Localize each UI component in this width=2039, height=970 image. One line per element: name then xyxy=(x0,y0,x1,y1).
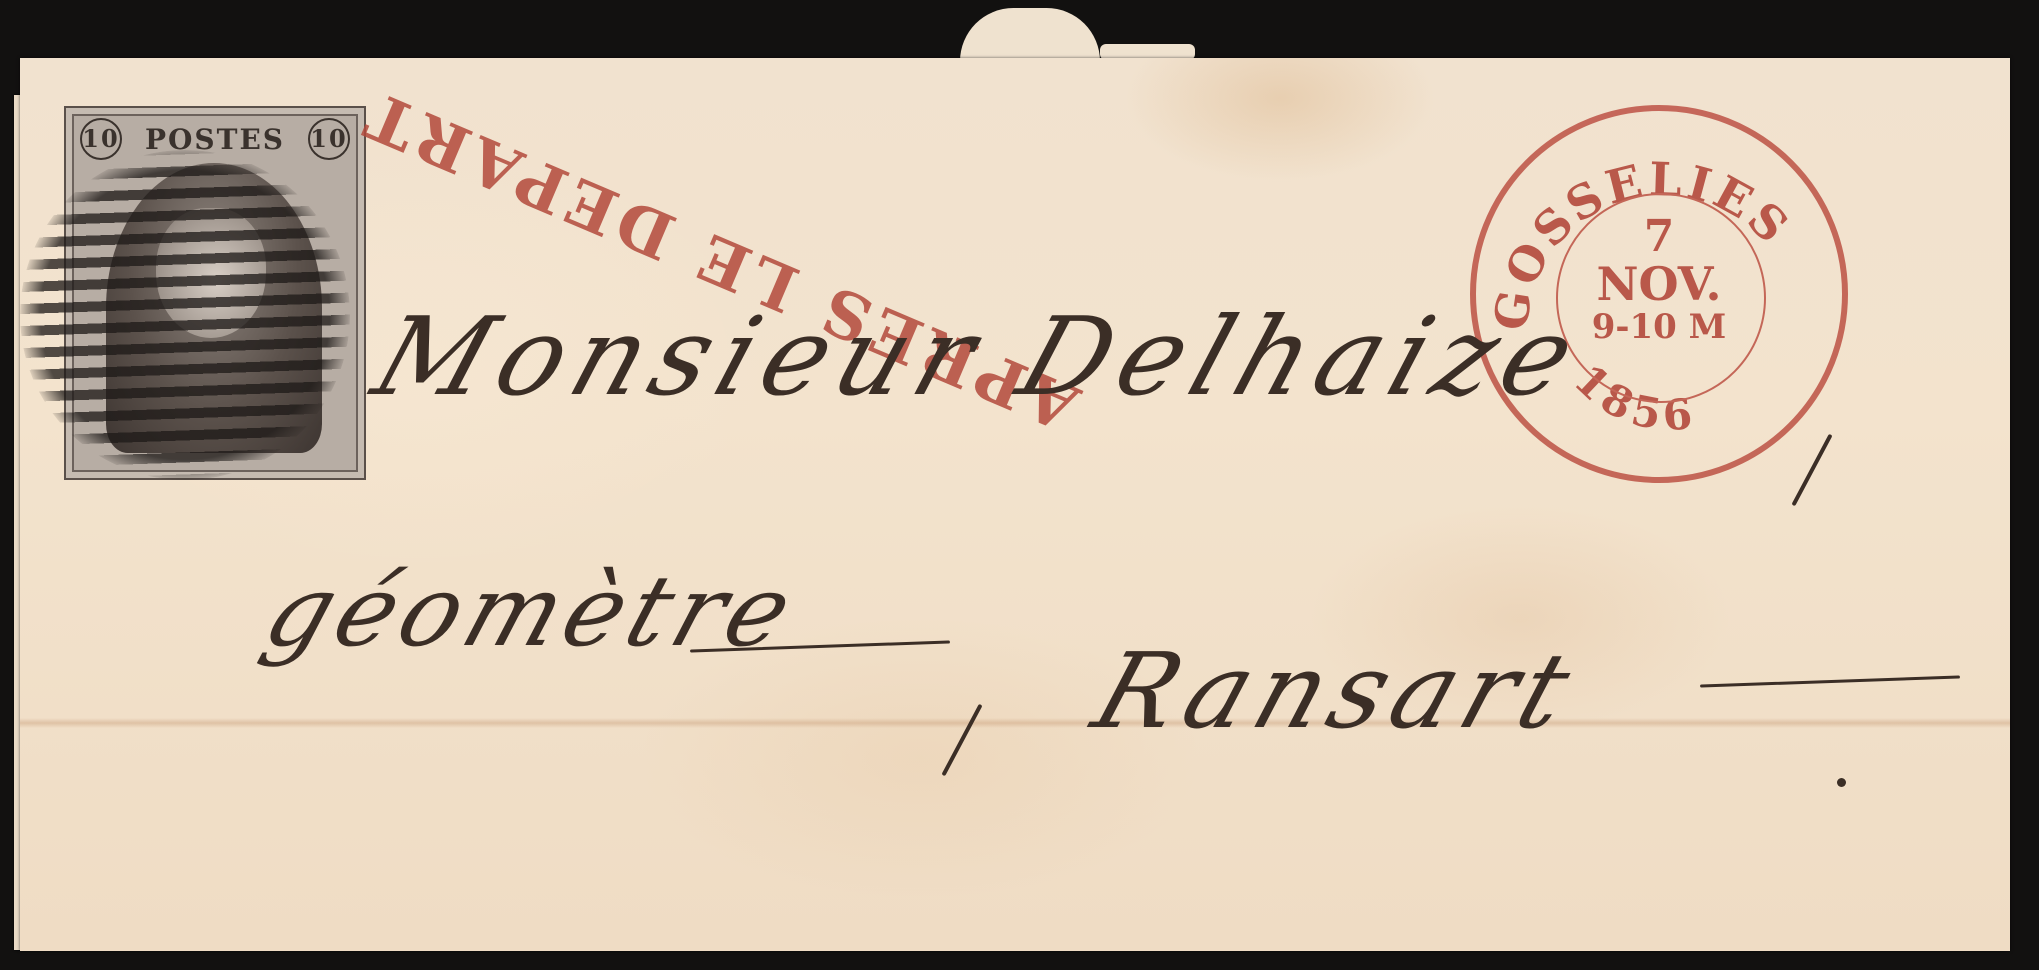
barred-obliterator xyxy=(20,150,350,480)
circular-datestamp: GOSSELIES 1856 7 NOV. 9-10 M xyxy=(1470,105,1848,483)
address-line-3: Ransart xyxy=(1080,630,1592,752)
ink-dot xyxy=(1837,778,1846,787)
stamp-value-right: 10 xyxy=(308,118,350,160)
address-line-1: Monsieur Delhaize xyxy=(360,295,1600,420)
address-line-2: géomètre xyxy=(251,555,811,669)
datestamp-day: 7 xyxy=(1476,211,1842,262)
fold-crease xyxy=(20,718,2010,728)
stamp-value-left: 10 xyxy=(80,118,122,160)
letter-photo: 10 POSTES 10 APRES LE DEPART GOSSELIES 1… xyxy=(0,0,2039,970)
